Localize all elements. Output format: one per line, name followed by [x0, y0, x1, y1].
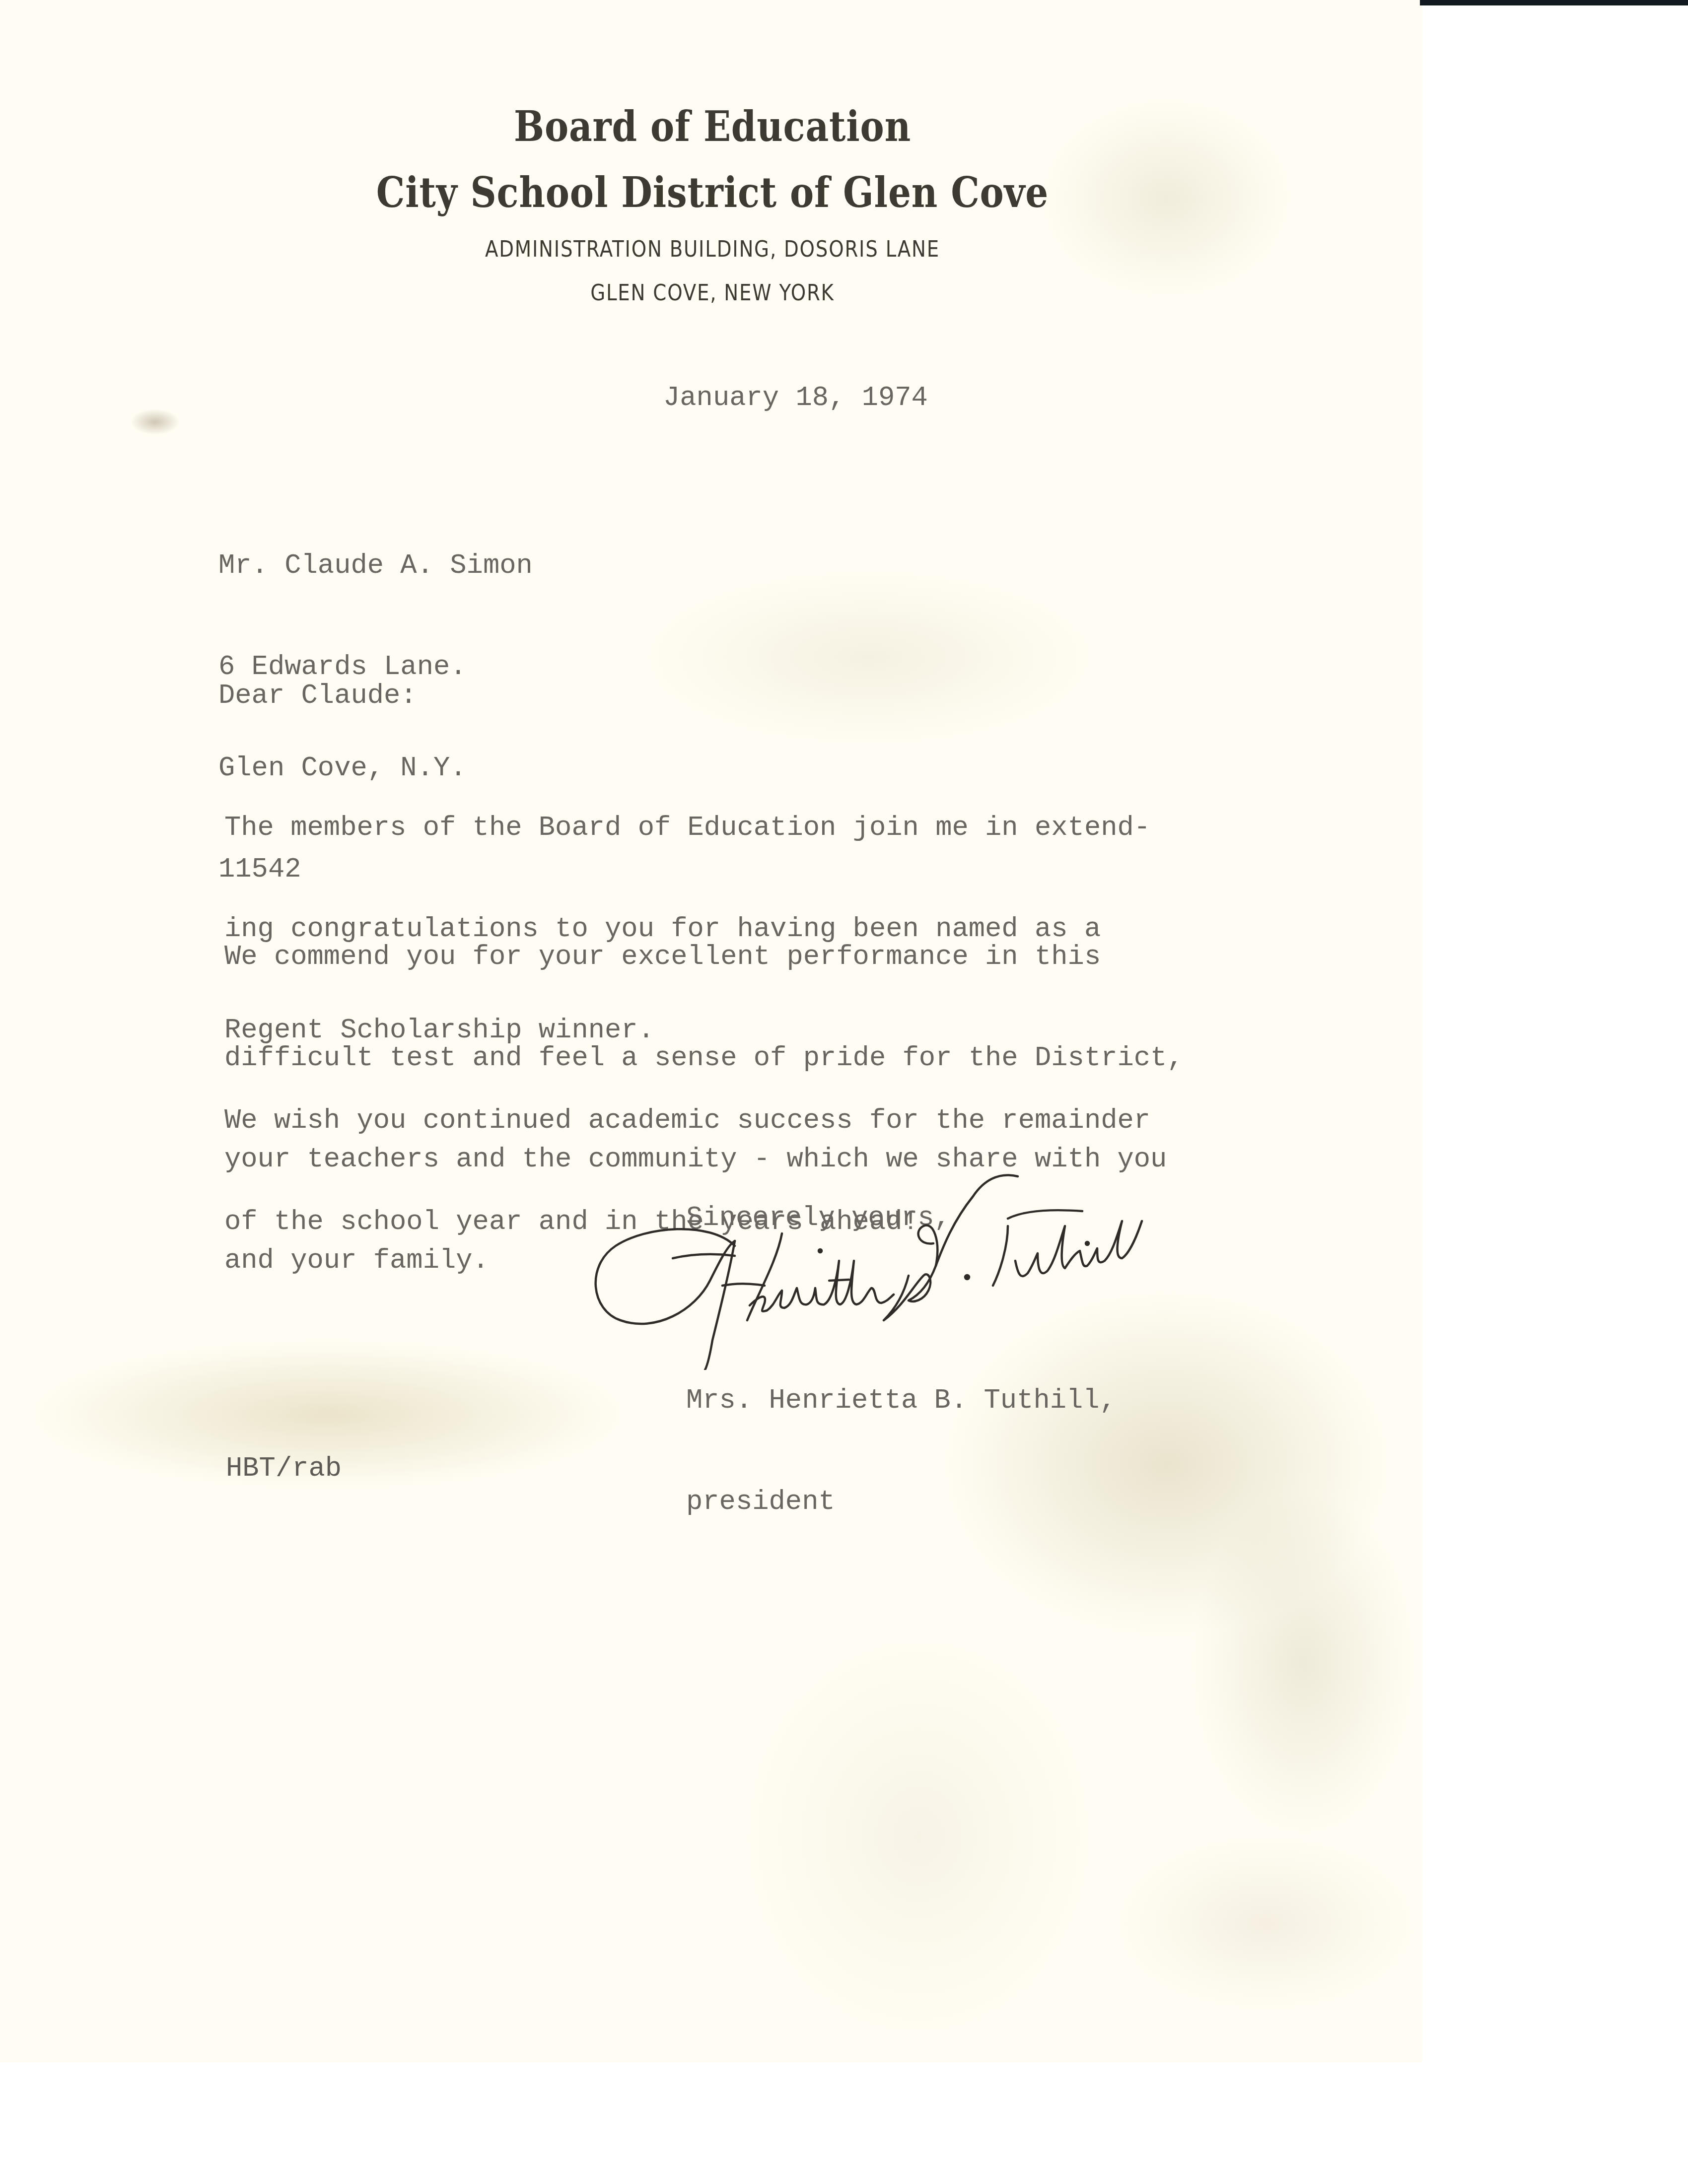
paper-stain: [745, 1638, 1092, 2035]
signer-name: Mrs. Henrietta B. Tuthill,: [686, 1384, 1116, 1418]
letterhead-subtitle: City School District of Glen Cove: [100, 168, 1325, 217]
letter-date: January 18, 1974: [663, 381, 928, 415]
body-line: The members of the Board of Education jo…: [224, 811, 1150, 845]
paper-stain: [1192, 1489, 1415, 1837]
salutation: Dear Claude:: [218, 679, 417, 713]
signer-block: Mrs. Henrietta B. Tuthill, president: [686, 1316, 1116, 1586]
reference-initials: HBT/rab: [226, 1452, 342, 1486]
letterhead-city: GLEN COVE, NEW YORK: [85, 280, 1339, 306]
scan-edge-strip: [1420, 0, 1688, 5]
letterhead-address: ADMINISTRATION BUILDING, DOSORIS LANE: [85, 237, 1339, 262]
paper-stain: [645, 571, 1092, 745]
paper-smudge: [132, 409, 179, 434]
recipient-name: Mr. Claude A. Simon: [218, 549, 533, 583]
letter-page: Board of Education City School District …: [0, 0, 1422, 2062]
paper-stain: [1117, 1837, 1415, 2010]
body-line: We commend you for your excellent perfor…: [224, 940, 1184, 974]
signer-title: president: [686, 1485, 1116, 1519]
body-line: We wish you continued academic success f…: [224, 1104, 1150, 1138]
letterhead-title: Board of Education: [100, 102, 1325, 151]
